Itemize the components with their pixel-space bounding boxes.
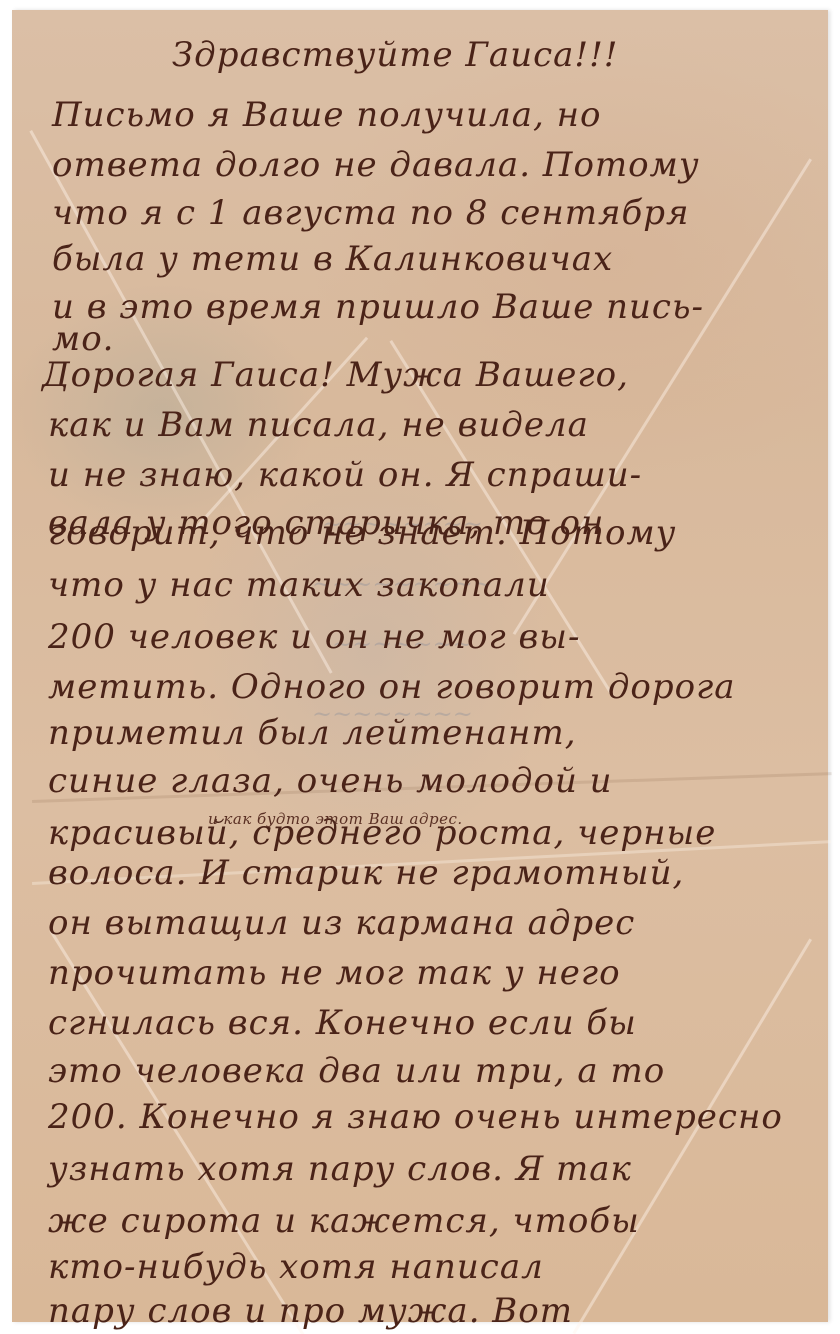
letter-line: 200 человек и он не мог вы- [48,620,580,654]
letter-line: метить. Одного он говорит дорога [48,670,736,704]
letter-insertion: и как будто этот Ваш адрес. [208,812,463,827]
letter-line: приметил был лейтенант, [48,716,577,750]
letter-line: и не знаю, какой он. Я спраши- [48,458,642,492]
letter-line: же сирота и кажется, чтобы [48,1204,640,1238]
letter-line: была у тети в Калинковичах [52,242,613,276]
letter-line: 200. Конечно я знаю очень интересно [48,1100,783,1134]
letter-line: прочитать не мог так у него [48,956,621,990]
letter-line: это человека два или три, а то [48,1054,665,1088]
letter-line: что у нас таких закопали [48,568,550,602]
letter-line: ответа долго не давала. Потому [52,148,700,182]
letter-line: сгнилась вся. Конечно если бы [48,1006,637,1040]
letter-line: как и Вам писала, не видела [48,408,589,442]
letter-line: кто-нибудь хотя написал [48,1250,544,1284]
letter-greeting: Здравствуйте Гаиса!!! [172,38,618,72]
letter-line: и в это время пришло Ваше пись- [52,290,704,324]
letter-paper: ~~~~~~~~ ~~~~~~~~~ ~~~~~~~ ~~~~~~~~ Здра… [12,10,828,1322]
letter-line: узнать хотя пару слов. Я так [48,1152,632,1186]
letter-line: волоса. И старик не грамотный, [48,856,684,890]
letter-line: что я с 1 августа по 8 сентября [52,196,690,230]
letter-line: он вытащил из кармана адрес [48,906,635,940]
letter-line: Дорогая Гаиса! Мужа Вашего, [42,358,629,392]
letter-line: синие глаза, очень молодой и [48,764,613,798]
letter-line: мо. [52,322,114,356]
letter-line: говорит, что не знает. Потому [48,516,676,550]
letter-line: Письмо я Ваше получила, но [52,98,601,132]
letter-line: пару слов и про мужа. Вот [48,1294,573,1328]
